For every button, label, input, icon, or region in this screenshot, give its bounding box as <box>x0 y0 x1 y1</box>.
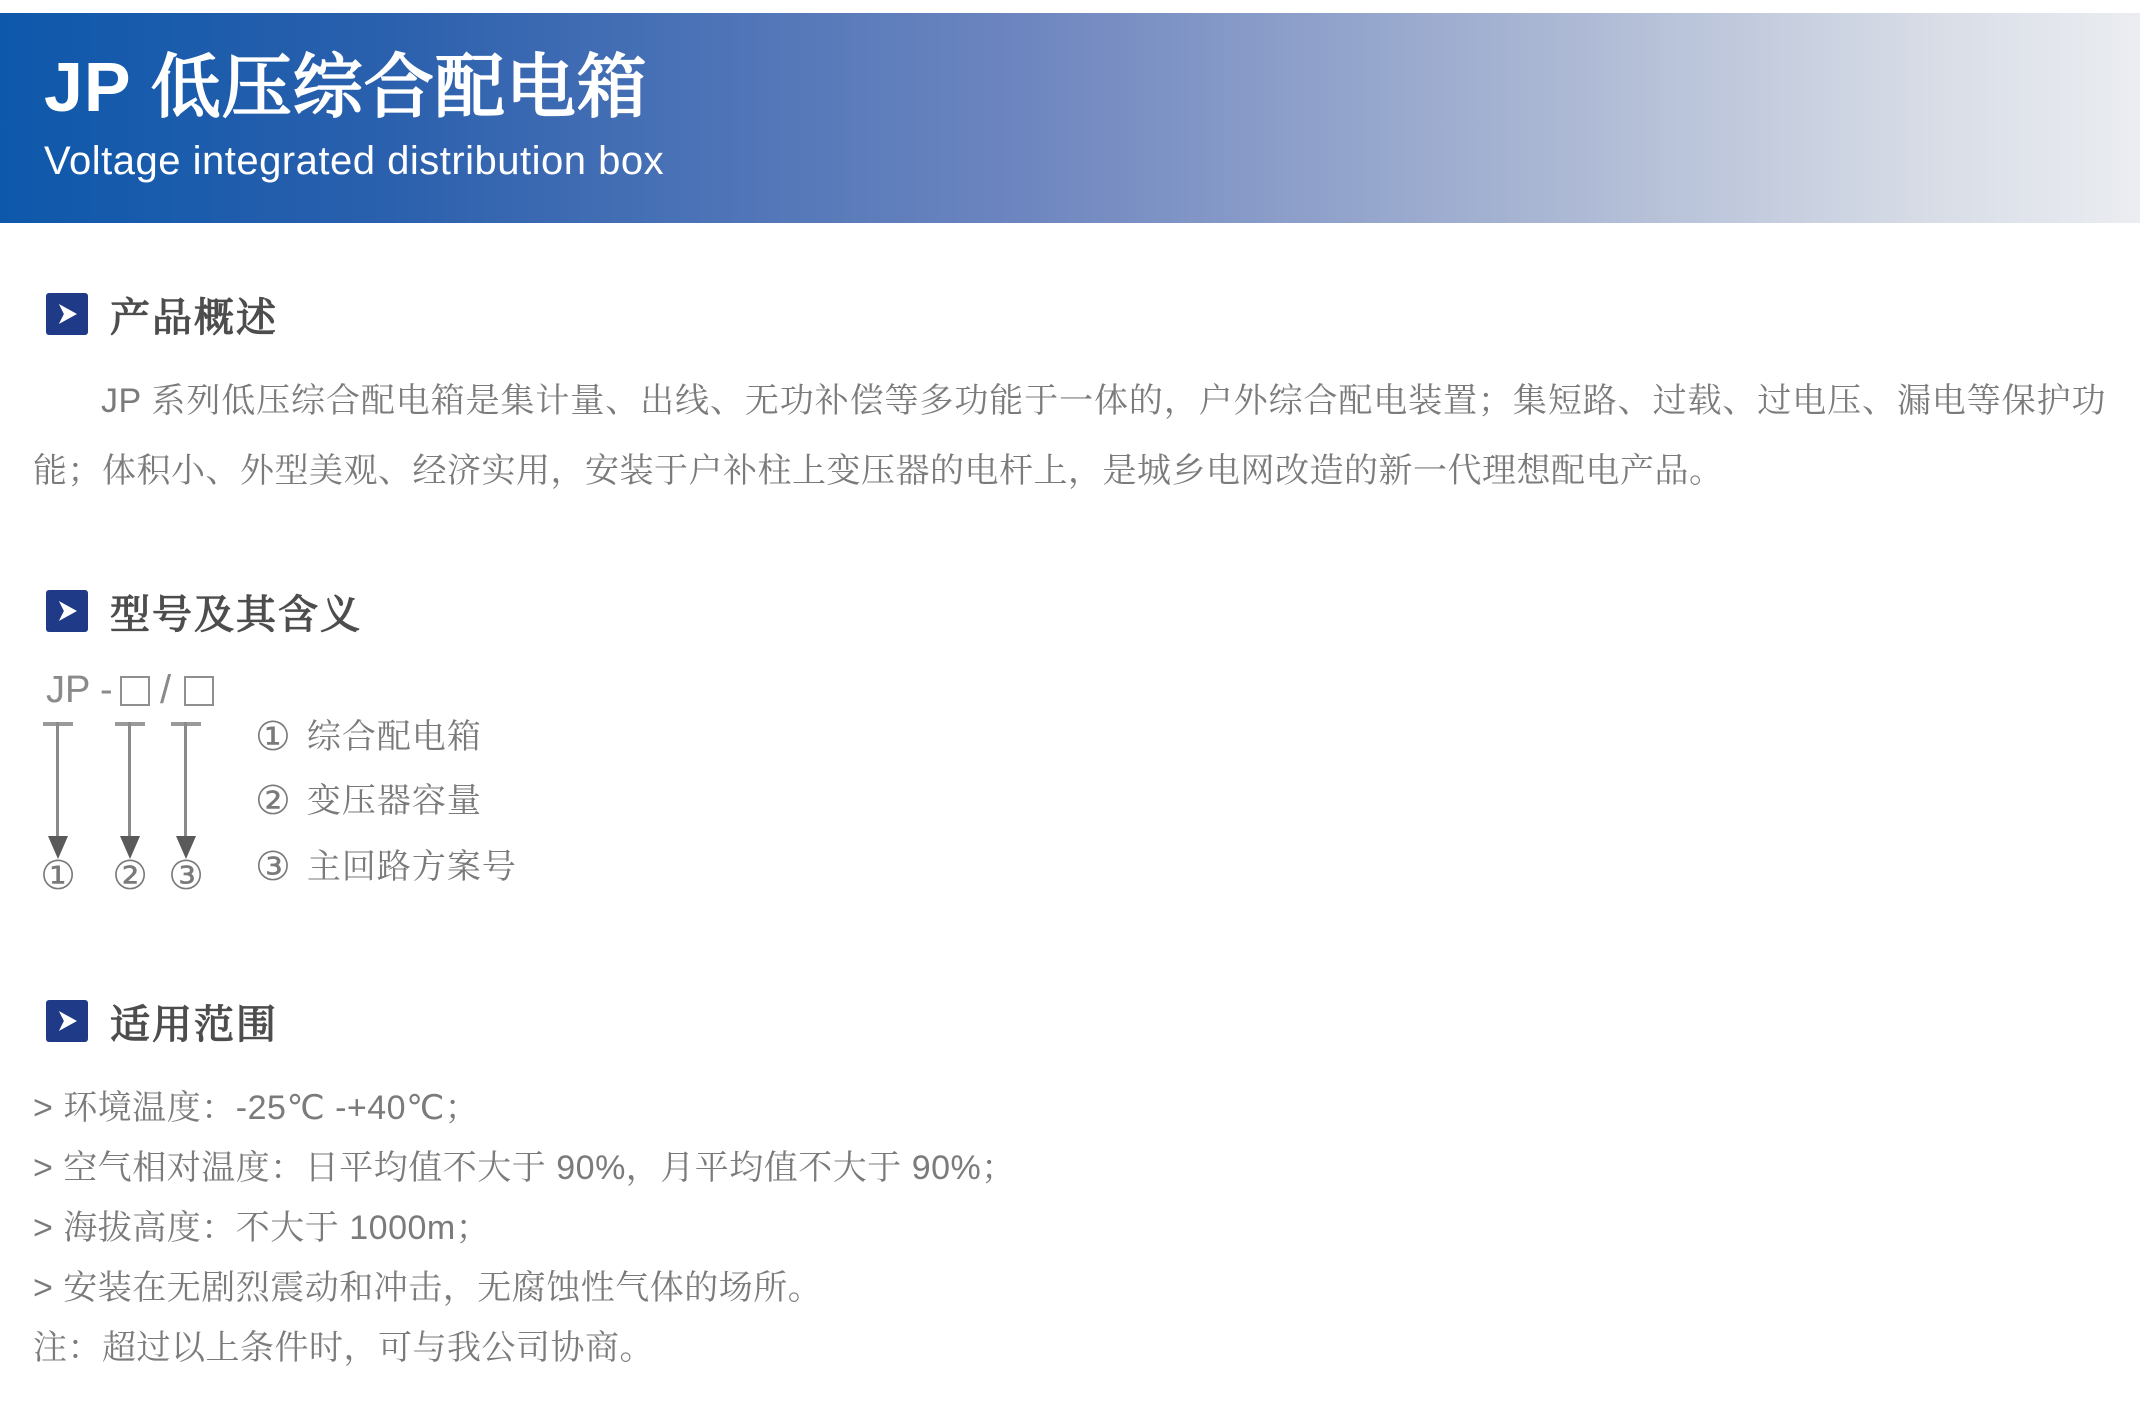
page-subtitle: Voltage integrated distribution box <box>44 139 2140 184</box>
model-placeholder-box-1 <box>120 676 150 706</box>
legend-num-1: ① <box>255 714 291 760</box>
page-title: JP 低压综合配电箱 <box>44 51 2140 125</box>
section-heading-overview: 产品概述 <box>46 290 278 338</box>
page-banner: JP 低压综合配电箱 Voltage integrated distributi… <box>0 13 2140 223</box>
scope-item-4: > 安装在无剧烈震动和冲击，无腐蚀性气体的场所。 <box>33 1258 2106 1318</box>
arrow-stem-3 <box>184 722 187 838</box>
model-dash: - <box>100 668 113 712</box>
arrow-stem-2 <box>128 722 131 838</box>
arrow-stem-1 <box>56 722 59 838</box>
arrow-right-icon <box>46 1000 88 1042</box>
legend-label-3: 主回路方案号 <box>307 844 517 890</box>
section-heading-scope: 适用范围 <box>46 997 278 1045</box>
model-designation-diagram: JP - / ① ② ③ ① 综合配电箱 ② 变压器容量 ③ 主回路方案号 <box>0 668 2140 900</box>
product-datasheet-page: JP 低压综合配电箱 Voltage integrated distributi… <box>0 0 2140 1421</box>
section-title-model: 型号及其含义 <box>110 583 362 640</box>
scope-item-3: > 海拔高度：不大于 1000m； <box>33 1198 2106 1258</box>
legend-num-3: ③ <box>255 844 291 890</box>
section-heading-model: 型号及其含义 <box>46 587 362 635</box>
legend-item: ① 综合配电箱 <box>255 714 482 760</box>
arrow-right-icon <box>46 293 88 335</box>
legend-num-2: ② <box>255 778 291 824</box>
legend-label-1: 综合配电箱 <box>307 714 482 760</box>
legend-item: ② 变压器容量 <box>255 778 482 824</box>
model-placeholder-box-2 <box>184 676 214 706</box>
legend-item: ③ 主回路方案号 <box>255 844 517 890</box>
model-slash: / <box>160 668 171 712</box>
arrow-right-icon <box>46 590 88 632</box>
marker-3: ③ <box>164 854 208 898</box>
marker-1: ① <box>36 854 80 898</box>
scope-item-2: > 空气相对温度：日平均值不大于 90%，月平均值不大于 90%； <box>33 1138 2106 1198</box>
legend-label-2: 变压器容量 <box>307 778 482 824</box>
scope-list: > 环境温度：-25℃ -+40℃； > 空气相对温度：日平均值不大于 90%，… <box>33 1078 2106 1378</box>
model-prefix: JP <box>46 668 90 712</box>
overview-paragraph: JP 系列低压综合配电箱是集计量、出线、无功补偿等多功能于一体的，户外综合配电装… <box>33 366 2106 506</box>
marker-2: ② <box>108 854 152 898</box>
section-title-overview: 产品概述 <box>110 286 278 343</box>
section-title-scope: 适用范围 <box>110 993 278 1050</box>
scope-note: 注：超过以上条件时，可与我公司协商。 <box>33 1318 2106 1378</box>
scope-item-1: > 环境温度：-25℃ -+40℃； <box>33 1078 2106 1138</box>
